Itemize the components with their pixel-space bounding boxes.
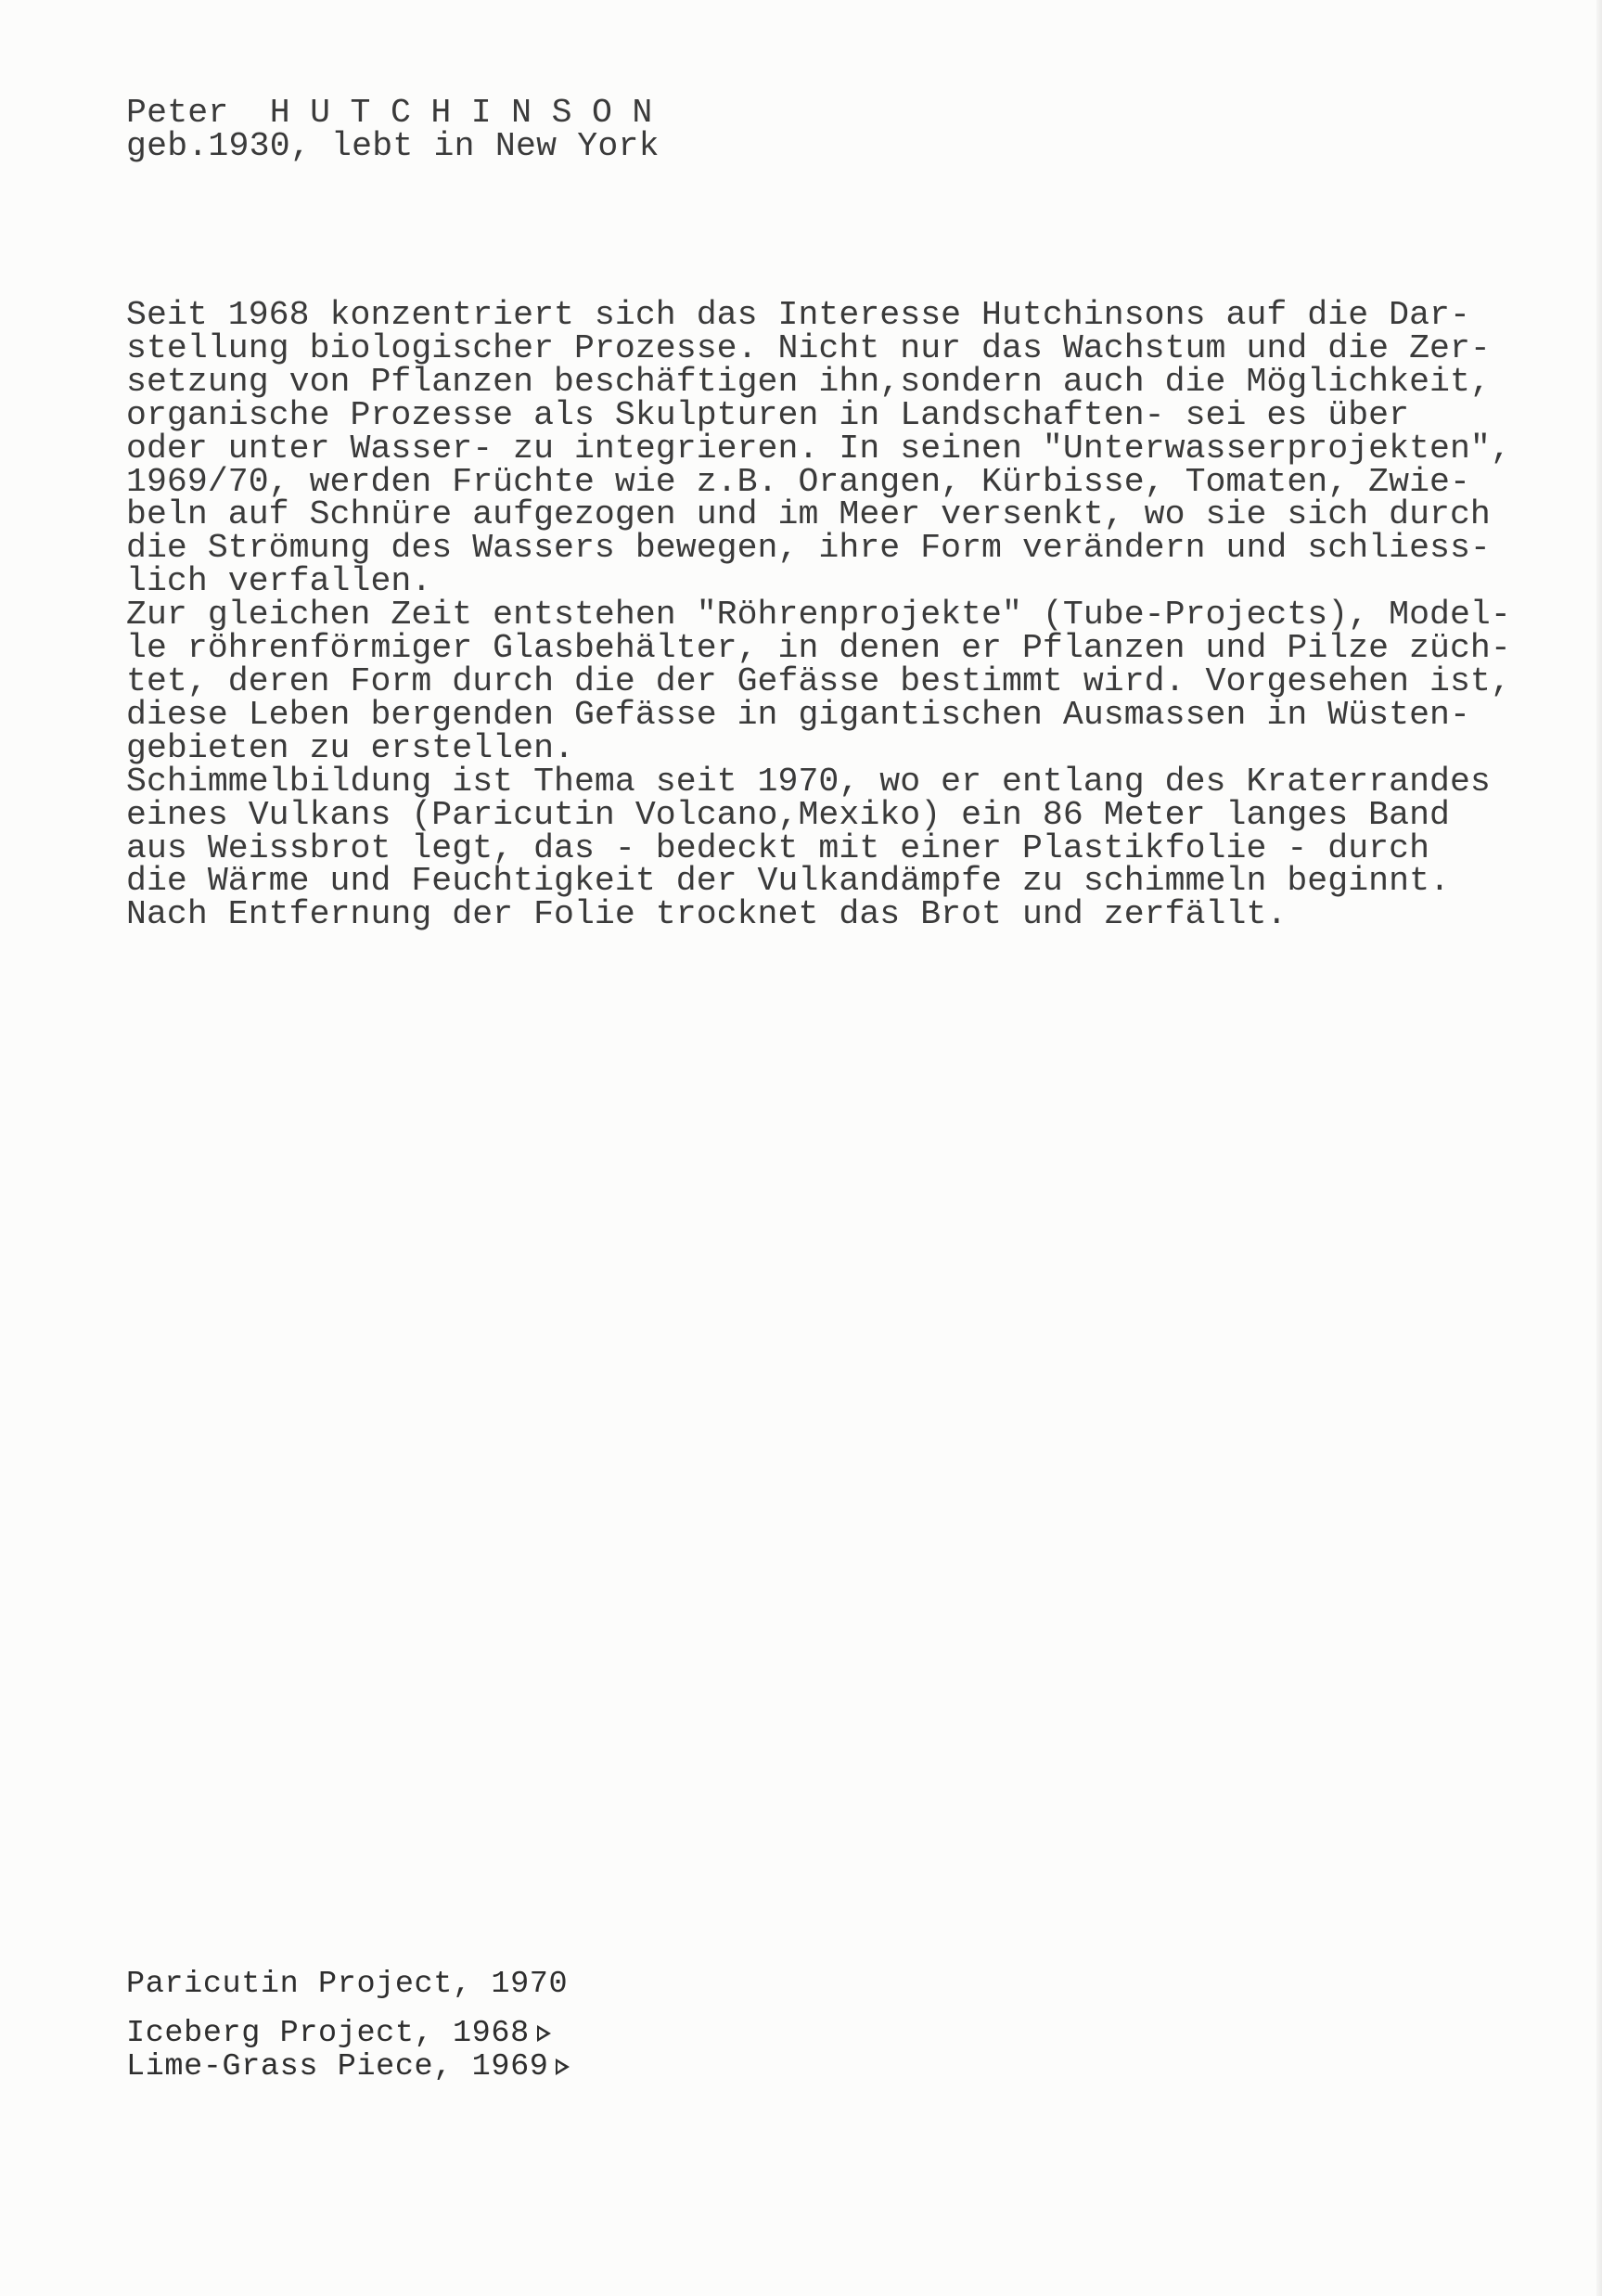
caption-text: Iceberg Project, 1968 — [126, 2016, 530, 2051]
caption-paricutin-project: Paricutin Project, 1970 — [126, 1968, 570, 2001]
text-line: Nach Entfernung der Folie trocknet das B… — [126, 898, 1511, 931]
text-line: diese Leben bergenden Gefässe in giganti… — [126, 699, 1511, 732]
triangle-right-outline-icon — [537, 2025, 551, 2042]
artist-header: Peter HUTCHINSON geb.1930, lebt in New Y… — [126, 96, 673, 163]
text-line: setzung von Pflanzen beschäftigen ihn,so… — [126, 366, 1511, 399]
text-line: lich verfallen. — [126, 565, 1511, 598]
text-line: organische Prozesse als Skulpturen in La… — [126, 399, 1511, 432]
text-line: oder unter Wasser- zu integrieren. In se… — [126, 432, 1511, 466]
caption-text: Paricutin Project, 1970 — [126, 1967, 568, 2002]
triangle-right-outline-icon — [556, 2059, 570, 2075]
image-captions: Paricutin Project, 1970 Iceberg Project,… — [126, 1968, 570, 2084]
text-line: die Wärme und Feuchtigkeit der Vulkandäm… — [126, 865, 1511, 898]
text-line: eines Vulkans (Paricutin Volcano,Mexiko)… — [126, 799, 1511, 832]
text-line: Zur gleichen Zeit entstehen "Röhrenproje… — [126, 598, 1511, 632]
text-line: beln auf Schnüre aufgezogen und im Meer … — [126, 498, 1511, 532]
text-line: le röhrenförmiger Glasbehälter, in denen… — [126, 632, 1511, 665]
artist-first-name: Peter — [126, 94, 229, 132]
text-line: 1969/70, werden Früchte wie z.B. Orangen… — [126, 466, 1511, 499]
artist-description: Seit 1968 konzentriert sich das Interess… — [126, 299, 1511, 931]
caption-iceberg-project: Iceberg Project, 1968 — [126, 2017, 570, 2050]
caption-text: Lime-Grass Piece, 1969 — [126, 2049, 548, 2084]
page-edge — [1596, 0, 1602, 2296]
text-line: Seit 1968 konzentriert sich das Interess… — [126, 299, 1511, 332]
text-line: tet, deren Form durch die der Gefässe be… — [126, 665, 1511, 699]
caption-lime-grass-piece: Lime-Grass Piece, 1969 — [126, 2050, 570, 2084]
artist-surname: HUTCHINSON — [270, 94, 673, 132]
text-line: aus Weissbrot legt, das - bedeckt mit ei… — [126, 832, 1511, 866]
text-line: die Strömung des Wassers bewegen, ihre F… — [126, 532, 1511, 565]
artist-bio: geb.1930, lebt in New York — [126, 130, 673, 163]
text-line: Schimmelbildung ist Thema seit 1970, wo … — [126, 765, 1511, 799]
text-line: gebieten zu erstellen. — [126, 732, 1511, 765]
artist-name: Peter HUTCHINSON — [126, 96, 673, 130]
text-line: stellung biologischer Prozesse. Nicht nu… — [126, 332, 1511, 366]
